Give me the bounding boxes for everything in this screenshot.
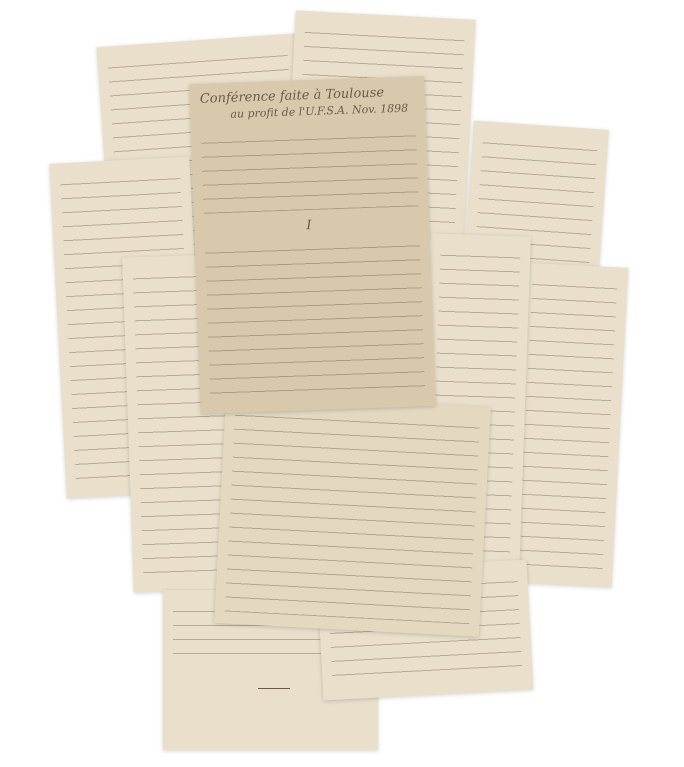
section-mark: I xyxy=(306,218,312,234)
sheet-lower-center xyxy=(214,393,491,637)
sheet-top-title-page: Conférence faite à Toulouse au profit de… xyxy=(189,76,435,414)
divider-stroke xyxy=(258,688,290,689)
